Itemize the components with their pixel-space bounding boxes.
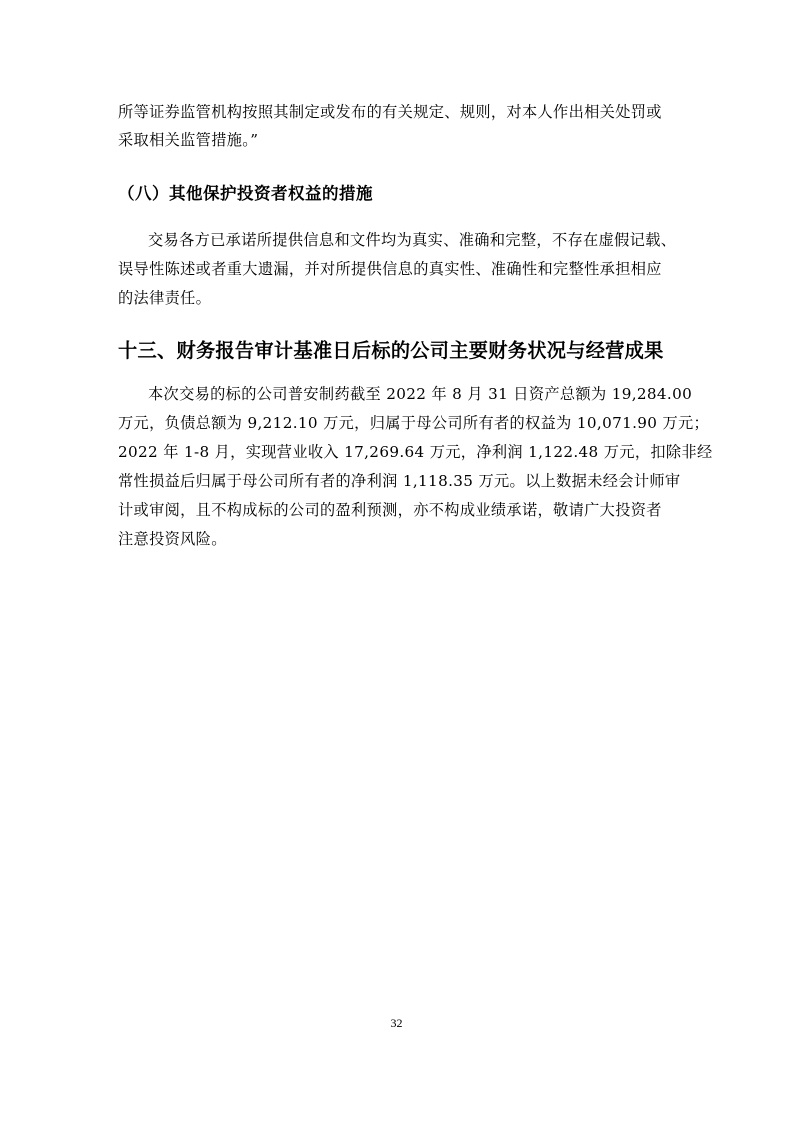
section-heading-8: （八）其他保护投资者权益的措施 bbox=[118, 180, 373, 204]
text-line: 采取相关监管措施。” bbox=[118, 130, 678, 150]
text-line: 万元，负债总额为 9,212.10 万元，归属于母公司所有者的权益为 10,07… bbox=[118, 413, 678, 433]
section-heading-13: 十三、财务报告审计基准日后标的公司主要财务状况与经营成果 bbox=[118, 336, 664, 363]
page-number: 32 bbox=[0, 1016, 793, 1031]
text-line: 误导性陈述或者重大遗漏，并对所提供信息的真实性、准确性和完整性承担相应 bbox=[118, 259, 678, 279]
text-line: 2022 年 1-8 月，实现营业收入 17,269.64 万元，净利润 1,1… bbox=[118, 442, 678, 462]
text-line: 所等证券监管机构按照其制定或发布的有关规定、规则，对本人作出相关处罚或 bbox=[118, 102, 678, 122]
text-line: 的法律责任。 bbox=[118, 288, 678, 308]
text-line: 常性损益后归属于母公司所有者的净利润 1,118.35 万元。以上数据未经会计师… bbox=[118, 471, 678, 491]
text-line: 交易各方已承诺所提供信息和文件均为真实、准确和完整，不存在虚假记载、 bbox=[148, 230, 678, 250]
text-line: 本次交易的标的公司普安制药截至 2022 年 8 月 31 日资产总额为 19,… bbox=[148, 384, 678, 404]
text-line: 计或审阅，且不构成标的公司的盈利预测，亦不构成业绩承诺，敬请广大投资者 bbox=[118, 500, 678, 520]
text-line: 注意投资风险。 bbox=[118, 529, 678, 549]
